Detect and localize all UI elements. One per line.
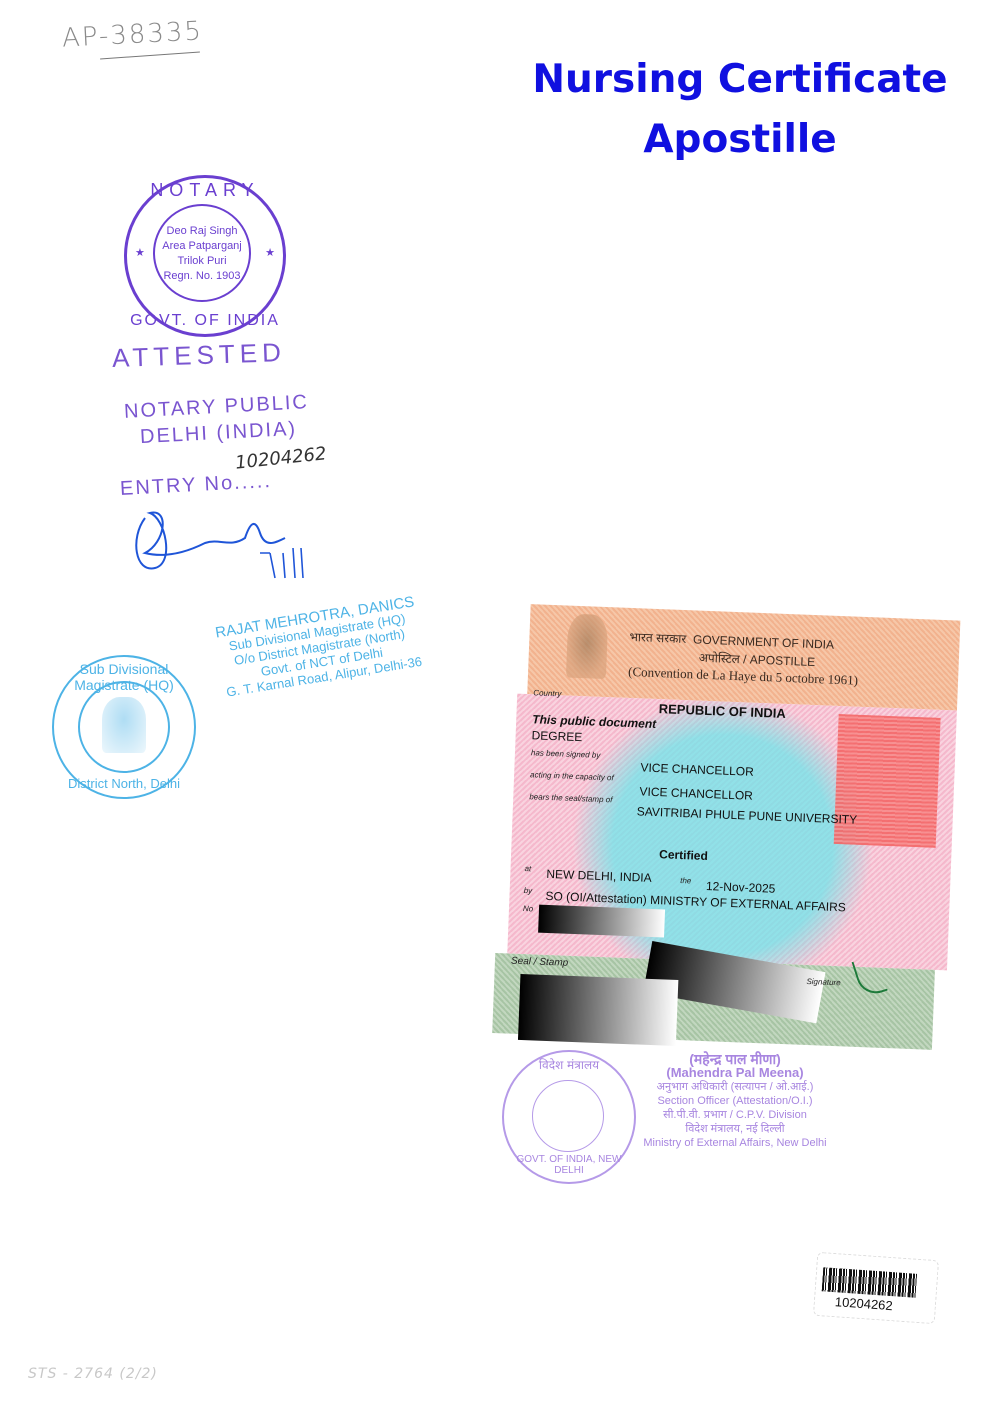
entry-label: ENTRY No.....	[120, 470, 273, 501]
document-type: DEGREE	[531, 728, 582, 744]
seal-stamp-label: Seal / Stamp	[511, 956, 569, 969]
officer-title-hindi: अनुभाग अधिकारी (सत्यापन / ओ.आई.)	[630, 1080, 840, 1094]
national-emblem-icon	[102, 697, 146, 753]
sdm-seal: Sub Divisional Magistrate (HQ) District …	[52, 655, 196, 799]
apostille-header: भारत सरकार GOVERNMENT OF INDIA अपोस्टिल …	[527, 604, 960, 710]
notary-regn: Regn. No. 1903	[155, 269, 249, 284]
notary-seal-top: NOTARY	[127, 180, 283, 201]
notary-seal-inner: Deo Raj Singh Area Patparganj Trilok Pur…	[153, 204, 251, 302]
mea-seal-top: विदेश मंत्रालय	[504, 1056, 634, 1073]
sdm-seal-bottom: District North, Delhi	[54, 776, 194, 791]
notary-area: Area Patparganj	[155, 239, 249, 254]
at-label: at	[524, 864, 531, 873]
entry-number: 10204262	[234, 443, 327, 473]
by-label: by	[524, 886, 533, 895]
pencil-note: STS - 2764 (2/2)	[28, 1366, 158, 1382]
mea-officer-stamp: (महेन्द्र पाल मीणा) (Mahendra Pal Meena)…	[630, 1052, 840, 1150]
mea-seal-inner	[532, 1080, 604, 1152]
reference-underline	[100, 52, 200, 60]
no-label: No	[523, 904, 534, 913]
the-label: the	[680, 876, 691, 885]
notary-seal: NOTARY ★ ★ Deo Raj Singh Area Patparganj…	[124, 175, 286, 337]
revenue-stamp	[834, 714, 941, 848]
header-convention: (Convention de La Haye du 5 octobre 1961…	[628, 664, 858, 689]
mea-seal: विदेश मंत्रालय GOVT. OF INDIA, NEW DELHI	[502, 1050, 636, 1184]
notary-locality: Trilok Puri	[155, 254, 249, 269]
redacted-stamp	[518, 974, 678, 1046]
star-icon: ★	[135, 246, 145, 259]
title-line-2: Apostille	[520, 110, 960, 170]
officer-title: Section Officer (Attestation/O.I.)	[630, 1094, 840, 1108]
star-icon: ★	[265, 246, 275, 259]
attested-stamp: ATTESTED	[112, 337, 287, 374]
officer-name: (Mahendra Pal Meena)	[630, 1066, 840, 1080]
barcode-icon	[822, 1267, 917, 1297]
officer-ministry: Ministry of External Affairs, New Delhi	[630, 1136, 840, 1150]
page-title: Nursing Certificate Apostille	[520, 50, 960, 170]
sdm-stamp-text: RAJAT MEHROTRA, DANICS Sub Divisional Ma…	[200, 592, 439, 702]
notary-seal-bottom: GOVT. OF INDIA	[127, 312, 283, 330]
mea-seal-bottom: GOVT. OF INDIA, NEW DELHI	[504, 1154, 634, 1176]
handwritten-reference: AP-38335	[61, 16, 203, 53]
barcode-number: 10204262	[834, 1294, 893, 1313]
officer-ministry-hindi: विदेश मंत्रालय, नई दिल्ली	[630, 1122, 840, 1136]
barcode-sticker: 10204262	[813, 1252, 939, 1324]
notary-location: DELHI (INDIA)	[140, 418, 298, 449]
officer-name-hindi: (महेन्द्र पाल मीणा)	[630, 1052, 840, 1066]
national-emblem-icon	[566, 614, 608, 679]
notary-signature-icon	[125, 498, 325, 588]
date-value: 12-Nov-2025	[706, 879, 776, 896]
signature-label: Signature	[806, 977, 841, 987]
certified-label: Certified	[659, 847, 708, 863]
notary-name: Deo Raj Singh	[155, 224, 249, 239]
officer-division: सी.पी.वी. प्रभाग / C.P.V. Division	[630, 1108, 840, 1122]
title-line-1: Nursing Certificate	[520, 50, 960, 110]
country-label: Country	[533, 688, 561, 698]
apostille-certificate: भारत सरकार GOVERNMENT OF INDIA अपोस्टिल …	[504, 604, 961, 1066]
sdm-seal-inner	[78, 681, 170, 773]
redacted-number	[538, 905, 665, 938]
